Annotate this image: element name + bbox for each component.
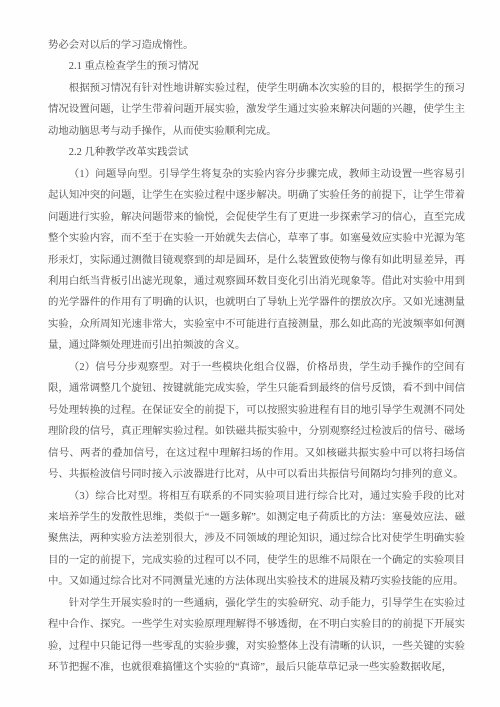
paragraph: 根据预习情况有针对性地讲解实验过程，使学生明确本次实验的目的，根据学生的预习情况… (48, 78, 465, 142)
paragraph: （2）信号分步观察型。对于一些模块化组合仪器，价格昂贵，学生动手操作的空间有限，… (48, 357, 465, 486)
paragraph: （3）综合比对型。将相互有联系的不同实验项目进行综合比对，通过实验手段的比对来培… (48, 486, 465, 593)
paragraph-continuation: 势必会对以后的学习造成惰性。 (48, 35, 465, 56)
document-page: 势必会对以后的学习造成惰性。 2.1 重点检查学生的预习情况 根据预习情况有针对… (0, 0, 500, 707)
document-body: 势必会对以后的学习造成惰性。 2.1 重点检查学生的预习情况 根据预习情况有针对… (48, 35, 465, 679)
section-heading-2-1: 2.1 重点检查学生的预习情况 (48, 56, 465, 77)
section-heading-2-2: 2.2 几种教学改革实践尝试 (48, 142, 465, 163)
paragraph: 针对学生开展实验时的一些通病，强化学生的实验研究、动手能力，引导学生在实验过程中… (48, 593, 465, 679)
paragraph: （1）问题导向型。引导学生将复杂的实验内容分步骤完成，教师主动设置一些容易引起认… (48, 164, 465, 357)
